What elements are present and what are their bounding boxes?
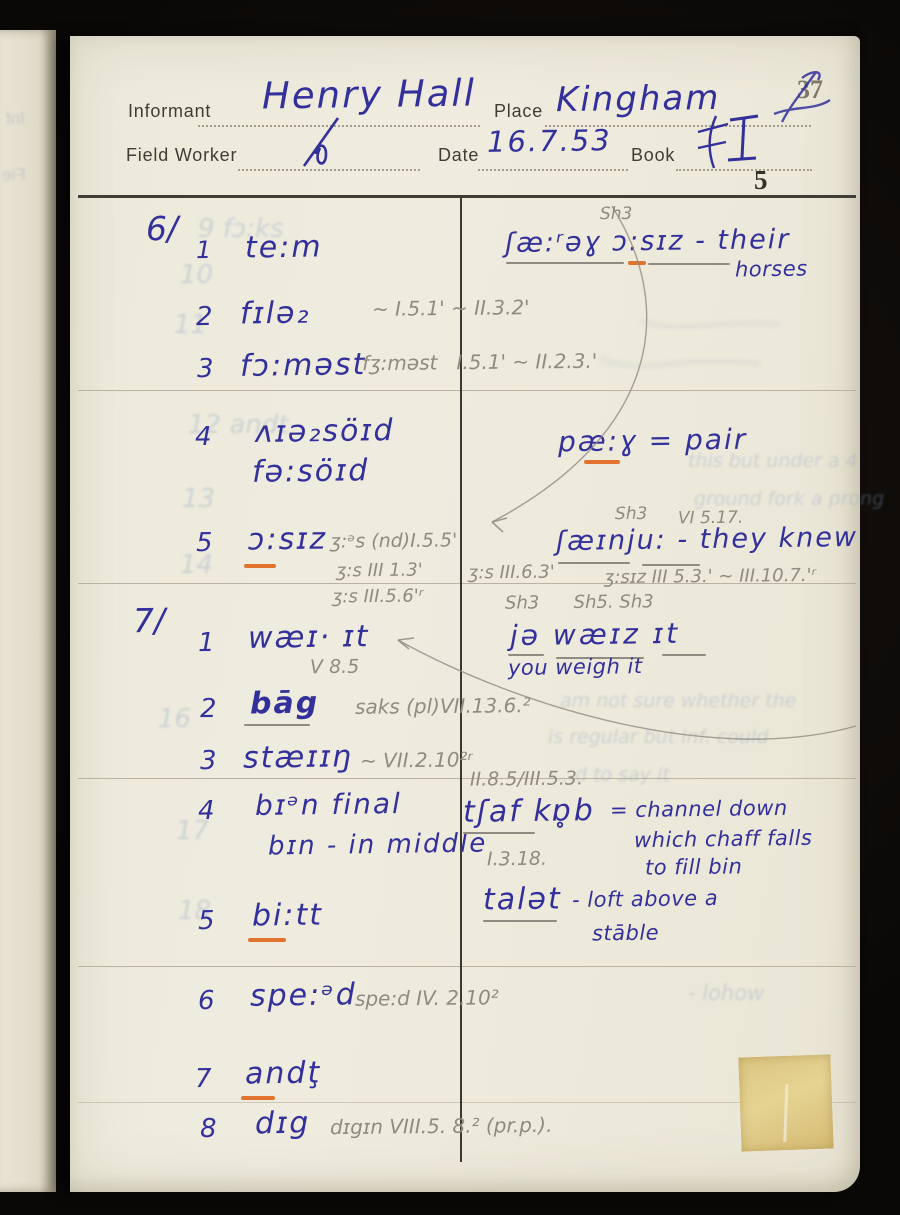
bleed-through-text: - lohow bbox=[688, 982, 764, 1004]
bleed-through-informant-label: Inf bbox=[6, 110, 25, 128]
bleed-through-fieldworker-label: Fie bbox=[2, 166, 26, 184]
date-rule bbox=[478, 168, 628, 171]
right-7-1-gloss: you weigh it bbox=[508, 655, 643, 679]
right-6-1-ipa-gloss: ʃæ:ʳəɣ ɔ:sɪz - their bbox=[505, 226, 791, 258]
right-7-4-reference-pencil: II.8.5/III.5.3. bbox=[470, 769, 583, 790]
row-rule-3 bbox=[78, 778, 856, 779]
entry-6-1-number: 1 bbox=[196, 238, 212, 263]
entry-7-3-ipa: stæɪɪŋ bbox=[243, 741, 354, 774]
right-6-5-pencil-note-a: ʒ:s III.6.3' bbox=[468, 564, 555, 584]
informant-label: Informant bbox=[128, 102, 211, 121]
notebook-page bbox=[70, 36, 860, 1192]
book-value-roman-numeral bbox=[722, 112, 766, 166]
pencil-underline bbox=[463, 832, 535, 834]
right-7-4-gloss-line1: = channel down bbox=[610, 797, 788, 822]
entry-7-5-number: 5 bbox=[198, 908, 215, 936]
right-7-4-gloss2-line1: - loft above a bbox=[572, 887, 718, 911]
right-6-5-pencil-note-b: ʒ:sɪz III 5.3.' ~ III.10.7.'ʳ bbox=[604, 567, 816, 588]
entry-7-2-ipa: bāg bbox=[250, 688, 320, 720]
right-7-1-ipa: jə wæɪz ɪt bbox=[510, 619, 680, 651]
scanned-notebook-photo: Inf Fie Informant Henry Hall Place Kingh… bbox=[0, 0, 900, 1215]
entry-7-4-ipa-line2: bɪn - in middle bbox=[268, 830, 488, 860]
place-label: Place bbox=[494, 102, 543, 121]
section-7-label: 7/ bbox=[133, 604, 166, 639]
entry-7-6-number: 6 bbox=[198, 988, 215, 1016]
entry-6-2-number: 2 bbox=[196, 304, 213, 332]
entry-7-6-reference-pencil: spe:d IV. 2.10² bbox=[355, 987, 499, 1010]
tape-patch bbox=[738, 1054, 833, 1151]
section-6-label: 6/ bbox=[146, 212, 179, 247]
right-6-1-source-ref: Sh3 bbox=[600, 206, 633, 224]
bleed-through-text: am not sure whether the bbox=[560, 692, 796, 712]
pencil-underline bbox=[506, 262, 624, 264]
entry-6-4-number: 4 bbox=[195, 424, 212, 452]
pencil-underline bbox=[558, 562, 630, 564]
right-7-4-gloss-line3: to fill bin bbox=[645, 855, 743, 878]
bleed-through-text: 13 bbox=[182, 486, 215, 513]
fieldworker-monogram-handwriting bbox=[296, 112, 360, 176]
right-7-4-gloss2-line2: stāble bbox=[592, 922, 659, 945]
column-divider bbox=[460, 195, 462, 1162]
informant-value-handwriting: Henry Hall bbox=[262, 75, 476, 117]
table-top-rule bbox=[78, 195, 856, 198]
entry-7-8-reference-pencil: dɪgɪn VIII.5. 8.² (pr.p.). bbox=[330, 1115, 553, 1138]
pencil-underline bbox=[662, 654, 706, 656]
orange-mark bbox=[241, 1096, 275, 1100]
entry-7-7-ipa: andţ bbox=[245, 1057, 322, 1090]
orange-mark bbox=[584, 460, 620, 464]
entry-6-4-ipa-line1: ʌɪə₂söɪd bbox=[255, 415, 395, 448]
entry-6-5-ipa: ɔ:sɪz bbox=[248, 523, 328, 556]
entry-6-2-ipa: fɪlə₂ bbox=[240, 298, 311, 330]
date-label: Date bbox=[438, 146, 479, 165]
entry-7-1-ipa: wæɪ· ɪt bbox=[248, 621, 370, 654]
pencil-underline bbox=[648, 263, 730, 265]
entry-7-8-number: 8 bbox=[200, 1116, 217, 1144]
book-label: Book bbox=[631, 146, 675, 165]
entry-7-6-ipa: spe:ᵊd bbox=[250, 979, 357, 1012]
right-7-4-reference-pencil-2: I.3.18. bbox=[487, 850, 547, 871]
entry-7-2-number: 2 bbox=[200, 696, 217, 724]
entry-7-3-reference-pencil: ~ VII.2.10²ʳ bbox=[360, 749, 473, 771]
ink-flourish bbox=[772, 66, 842, 136]
entry-7-4-ipa-line1: bɪᵊn final bbox=[255, 789, 402, 820]
right-7-4-gloss-line2: which chaff falls bbox=[634, 827, 813, 852]
tape-scratch bbox=[783, 1084, 788, 1142]
right-6-4-ipa-gloss: pæ:ɣ = pair bbox=[558, 425, 748, 457]
pencil-underline bbox=[244, 724, 310, 726]
entry-6-5-pencil-note-c: ʒ:s III.5.6'ʳ bbox=[332, 588, 424, 608]
pencil-underline bbox=[483, 920, 557, 922]
orange-mark bbox=[244, 564, 276, 568]
page-number: 5 bbox=[754, 166, 768, 194]
entry-6-3-number: 3 bbox=[197, 356, 214, 384]
entry-7-1-reference-pencil: V 8.5 bbox=[310, 658, 359, 678]
entry-6-5-pencil-note-b: ʒ:s III 1.3' bbox=[336, 562, 423, 582]
right-6-1-gloss-line2: horses bbox=[735, 257, 808, 280]
entry-6-1-ipa: te:m bbox=[245, 231, 323, 264]
entry-6-5-pencil-note-a: ʒ:ᵊs (nd)I.5.5' bbox=[330, 531, 457, 552]
right-7-1-source-refs: Sh3 Sh5. Sh3 bbox=[505, 593, 654, 613]
entry-7-8-ipa: dɪg bbox=[255, 1108, 311, 1140]
facing-page-edge: Inf Fie bbox=[0, 30, 56, 1192]
entry-7-5-ipa: bi:tt bbox=[252, 900, 323, 932]
right-6-5-source-ref: Sh3 bbox=[615, 506, 648, 524]
date-value-handwriting: 16.7.53 bbox=[487, 125, 612, 157]
entry-7-1-number: 1 bbox=[198, 630, 215, 658]
entry-6-5-number: 5 bbox=[196, 530, 213, 558]
fieldworker-label: Field Worker bbox=[126, 146, 237, 165]
entry-6-3-reference-pencil: fʒ:məst I.5.1' ~ II.2.3.' bbox=[362, 351, 598, 374]
row-rule-1 bbox=[78, 390, 856, 391]
entry-7-3-number: 3 bbox=[200, 748, 217, 776]
entry-6-2-reference-pencil: ~ I.5.1' ~ II.3.2' bbox=[372, 297, 530, 320]
entry-6-3-ipa: fɔ:məst bbox=[240, 349, 367, 382]
orange-mark bbox=[628, 261, 646, 265]
bleed-through-text: 16 bbox=[158, 706, 191, 733]
entry-7-4-number: 4 bbox=[198, 798, 215, 826]
right-6-5-ipa-gloss: ʃæɪnju: - they knew bbox=[556, 524, 858, 557]
right-7-4-ipa-2: talət bbox=[483, 883, 562, 916]
bleed-through-text: 10 bbox=[180, 262, 213, 289]
entry-7-7-number: 7 bbox=[195, 1066, 212, 1094]
entry-7-2-reference-pencil: saks (pl)VII.13.6.² bbox=[355, 695, 531, 718]
entry-6-4-ipa-line2: fə:söɪd bbox=[252, 455, 370, 488]
orange-mark bbox=[248, 938, 286, 942]
bleed-through-text: is regular but inf. could bbox=[548, 728, 768, 748]
right-7-4-ipa: tʃaf kɒ̥b bbox=[463, 795, 595, 828]
row-rule-4 bbox=[78, 966, 856, 967]
